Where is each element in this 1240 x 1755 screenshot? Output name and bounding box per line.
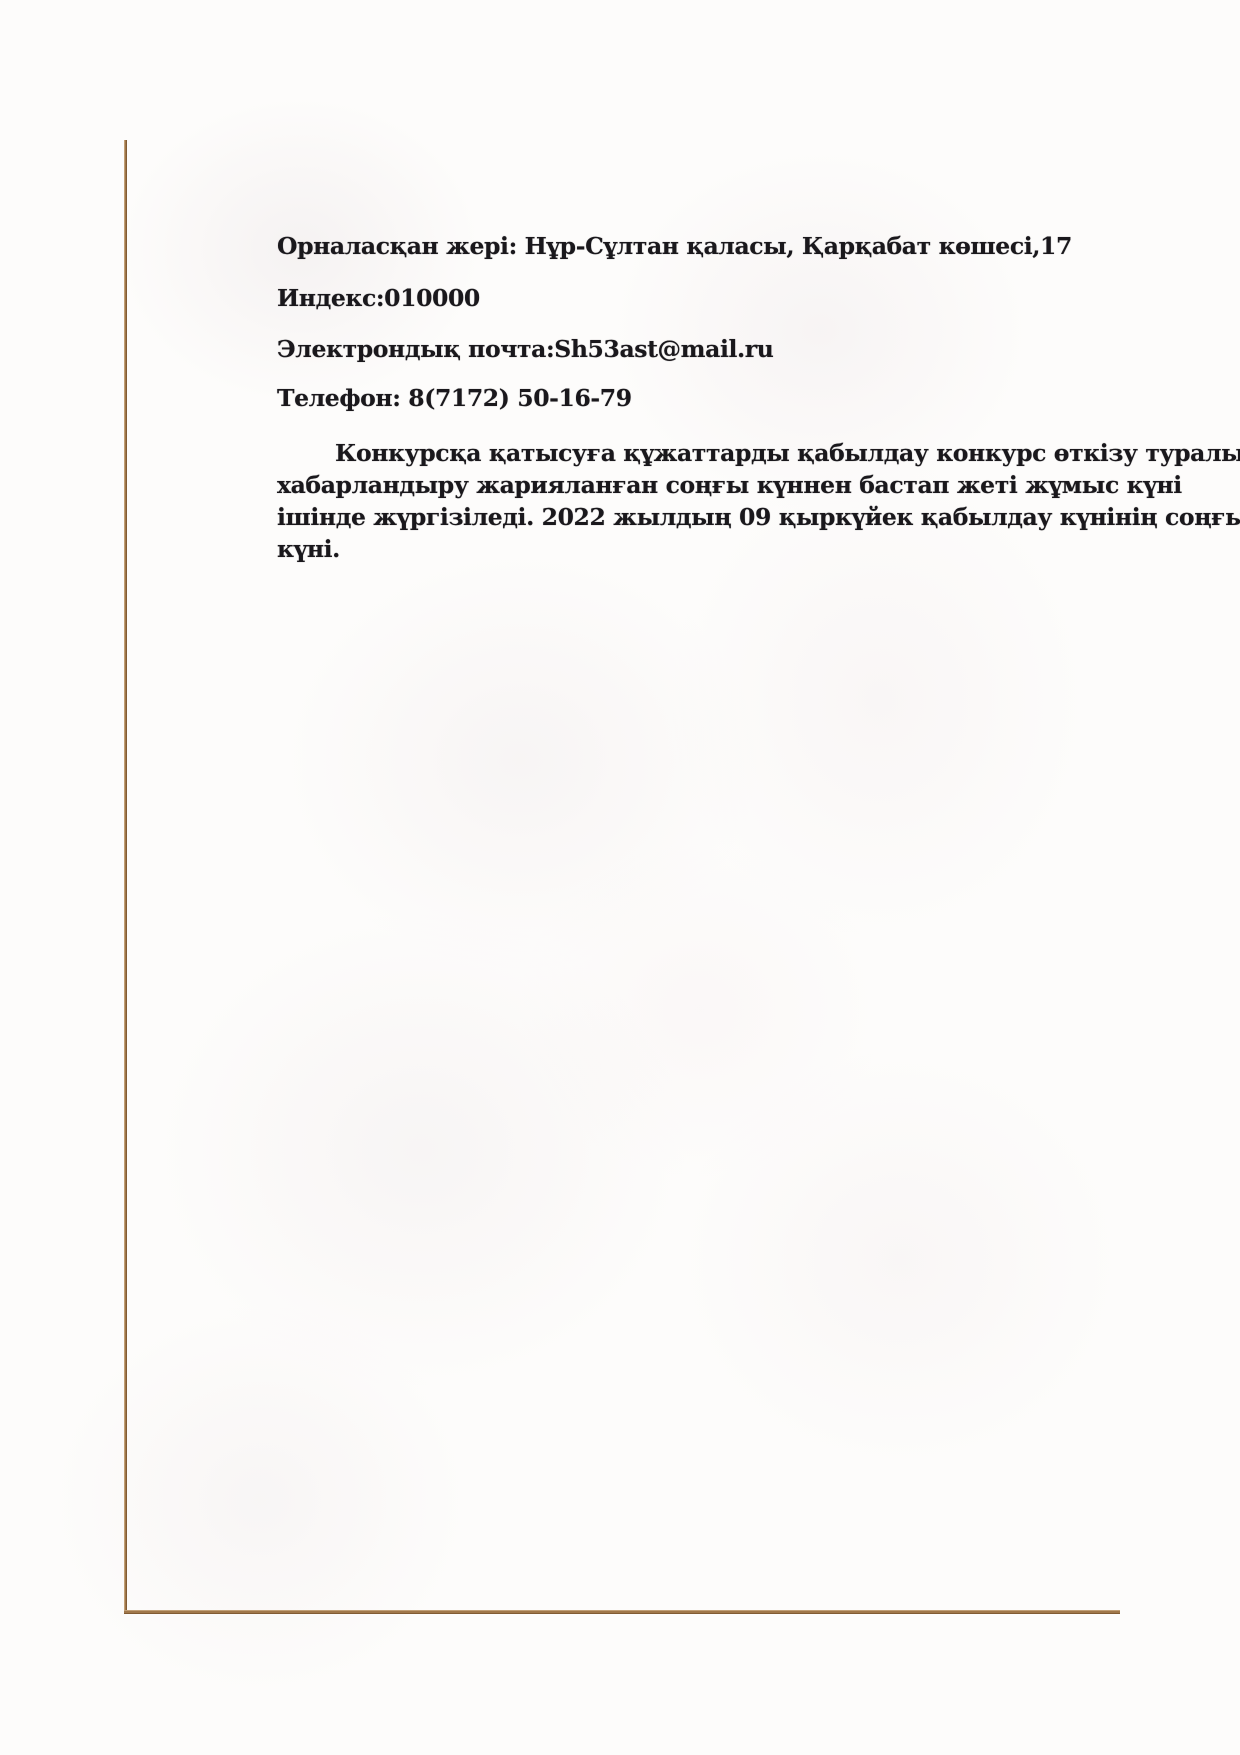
phone-line: Телефон: 8(7172) 50-16-79	[277, 382, 632, 414]
paragraph-line-2: хабарландыру жарияланған соңғы күннен ба…	[277, 469, 1055, 501]
scanned-document-page: Орналасқан жері: Нұр-Сұлтан қаласы, Қарқ…	[0, 0, 1240, 1755]
page-frame-left-line	[124, 140, 127, 1614]
email-line: Электрондық почта:Sh53ast@mail.ru	[277, 333, 773, 365]
deadline-paragraph: Конкурсқа қатысуға құжаттарды қабылдау к…	[277, 437, 1055, 565]
paragraph-line-1: Конкурсқа қатысуға құжаттарды қабылдау к…	[277, 437, 1055, 469]
paragraph-line-3: ішінде жүргізіледі. 2022 жылдың 09 қыркү…	[277, 501, 1055, 533]
location-line: Орналасқан жері: Нұр-Сұлтан қаласы, Қарқ…	[277, 230, 1072, 262]
paragraph-line-4: күні.	[277, 533, 1055, 565]
page-frame-bottom-line	[124, 1610, 1120, 1614]
postal-index-line: Индекс:010000	[277, 282, 480, 314]
